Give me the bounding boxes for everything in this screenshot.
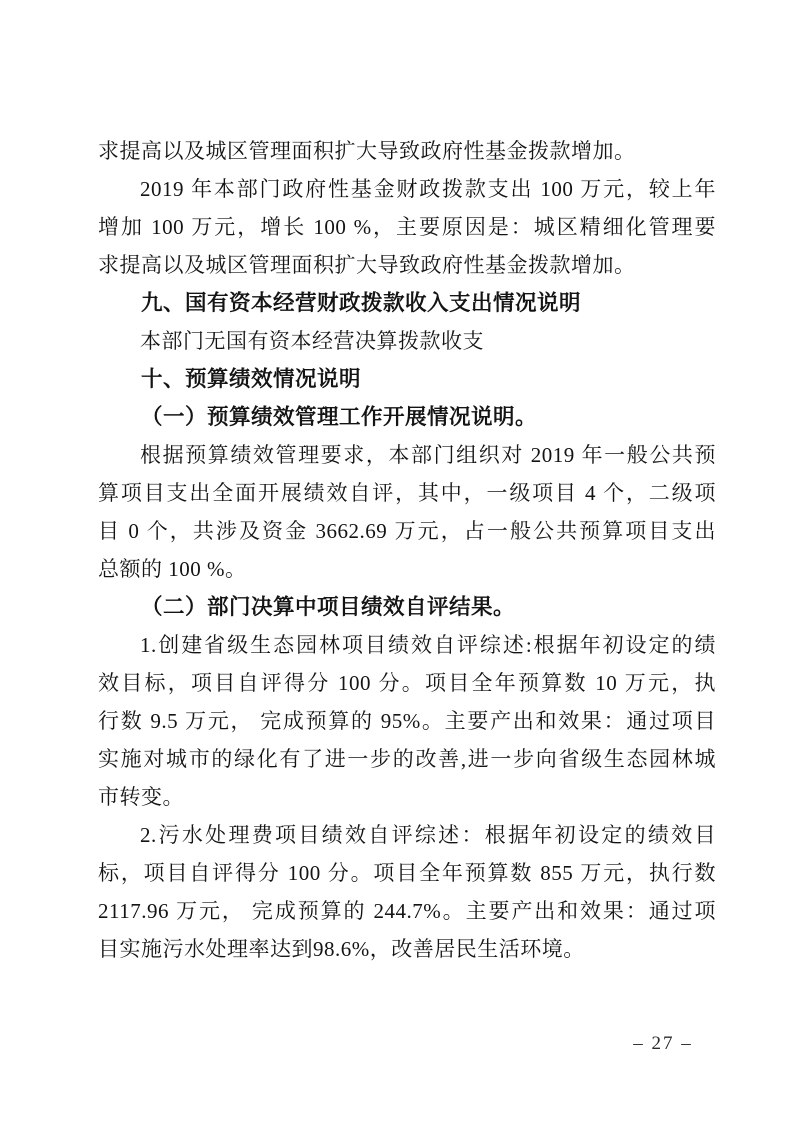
- subsection-heading: （二）部门决算中项目绩效自评结果。: [98, 588, 716, 626]
- body-text-line: 目 0 个，共涉及资金 3662.69 万元，占一般公共预算项目支出: [98, 512, 716, 550]
- body-text-line: 2.污水处理费项目绩效自评综述：根据年初设定的绩效目: [98, 816, 716, 854]
- document-page: 求提高以及城区管理面积扩大导致政府性基金拨款增加。2019 年本部门政府性基金财…: [0, 0, 793, 1122]
- subsection-heading: （一）预算绩效管理工作开展情况说明。: [98, 398, 716, 436]
- body-text-line: 算项目支出全面开展绩效自评，其中，一级项目 4 个，二级项: [98, 474, 716, 512]
- body-text-line: 行数 9.5 万元， 完成预算的 95%。主要产出和效果：通过项目: [98, 702, 716, 740]
- page-number: – 27 –: [613, 1033, 713, 1055]
- section-heading: 九、国有资本经营财政拨款收入支出情况说明: [98, 284, 716, 322]
- body-text-line: 求提高以及城区管理面积扩大导致政府性基金拨款增加。: [98, 246, 716, 284]
- body-text-line: 标，项目自评得分 100 分。项目全年预算数 855 万元，执行数: [98, 854, 716, 892]
- body-text-line: 增加 100 万元，增长 100 %，主要原因是：城区精细化管理要: [98, 208, 716, 246]
- body-text-line: 本部门无国有资本经营决算拨款收支: [98, 322, 716, 360]
- body-text-line: 2019 年本部门政府性基金财政拨款支出 100 万元，较上年: [98, 170, 716, 208]
- body-text-line: 市转变。: [98, 778, 716, 816]
- body-text-line: 实施对城市的绿化有了进一步的改善,进一步向省级生态园林城: [98, 740, 716, 778]
- section-heading: 十、预算绩效情况说明: [98, 360, 716, 398]
- body-text-line: 求提高以及城区管理面积扩大导致政府性基金拨款增加。: [98, 132, 716, 170]
- body-text-line: 根据预算绩效管理要求，本部门组织对 2019 年一般公共预: [98, 436, 716, 474]
- body-text-line: 目实施污水处理率达到98.6%，改善居民生活环境。: [98, 930, 716, 968]
- document-body: 求提高以及城区管理面积扩大导致政府性基金拨款增加。2019 年本部门政府性基金财…: [98, 132, 716, 968]
- body-text-line: 2117.96 万元， 完成预算的 244.7%。主要产出和效果：通过项: [98, 892, 716, 930]
- body-text-line: 总额的 100 %。: [98, 550, 716, 588]
- body-text-line: 效目标，项目自评得分 100 分。项目全年预算数 10 万元，执: [98, 664, 716, 702]
- body-text-line: 1.创建省级生态园林项目绩效自评综述:根据年初设定的绩: [98, 626, 716, 664]
